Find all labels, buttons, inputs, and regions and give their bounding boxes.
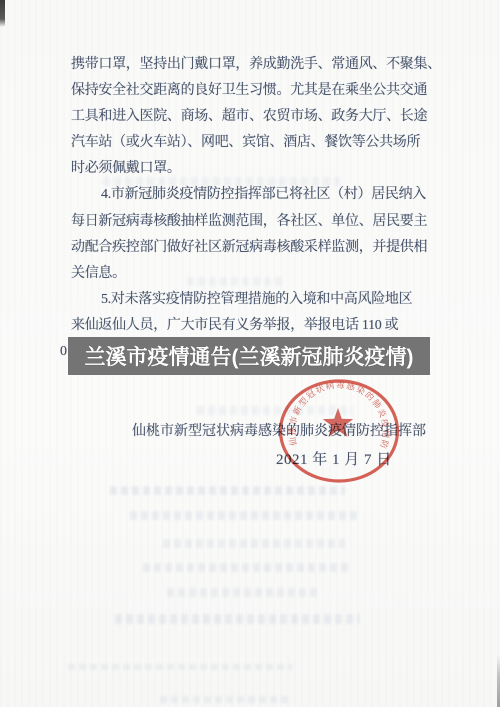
scanned-notice-page: 携带口罩，坚持出门戴口罩，养成勤洗手、常通风、不聚集、保持安全社交距离的良好卫生…	[0, 0, 500, 707]
notice-text-line: 携带口罩，坚持出门戴口罩，养成勤洗手、常通风、不聚集、	[71, 52, 437, 78]
ghost-bleed-line	[187, 277, 282, 286]
notice-body-text: 携带口罩，坚持出门戴口罩，养成勤洗手、常通风、不聚集、保持安全社交距离的良好卫生…	[71, 52, 437, 365]
ghost-bleed-line	[115, 614, 360, 624]
ghost-bleed-line	[130, 511, 358, 520]
ghost-bleed-line	[143, 563, 348, 572]
notice-text-line: 汽车站（或火车站）、网吧、宾馆、酒店、餐饮等公共场所	[71, 130, 437, 156]
scan-edge-artifact-top-left	[0, 0, 5, 27]
seal-ring-text: 仙桃市新型冠状病毒感染的肺炎疫情防控指挥部	[276, 377, 391, 451]
notice-text-line: 5.对未落实疫情防控管理措施的入境和中高风险地区	[71, 287, 437, 313]
notice-text-line: 工具和进入医院、商场、超市、农贸市场、政务大厅、长途	[71, 104, 437, 130]
notice-text-line: 每日新冠病毒核酸抽样监测范围，各社区、单位、居民要主	[71, 209, 437, 235]
ghost-bleed-line	[68, 664, 292, 670]
notice-text-line: 来仙返仙人员，广大市民有义务举报，举报电话 110 或	[71, 313, 437, 339]
ghost-bleed-line	[163, 539, 345, 548]
headline-title: 兰溪市疫情通告(兰溪新冠肺炎疫情)	[85, 341, 414, 371]
ghost-bleed-line	[160, 696, 290, 703]
notice-text-line: 4.市新冠肺炎疫情防控指挥部已将社区（村）居民纳入	[71, 182, 437, 208]
ghost-bleed-line	[167, 588, 320, 597]
ghost-bleed-line	[103, 177, 340, 186]
ghost-bleed-line	[110, 486, 345, 495]
notice-text-line: 动配合疾控部门做好社区新冠病毒核酸采样监测，并提供相	[71, 235, 437, 261]
notice-text-line: 保持安全社交距离的良好卫生习惯。尤其是在乘坐公共交通	[71, 78, 437, 104]
headline-overlay-banner: 兰溪市疫情通告(兰溪新冠肺炎疫情)	[68, 337, 430, 375]
star-icon	[323, 408, 353, 437]
official-red-seal: 仙桃市新型冠状病毒感染的肺炎疫情防控指挥部	[276, 377, 402, 485]
